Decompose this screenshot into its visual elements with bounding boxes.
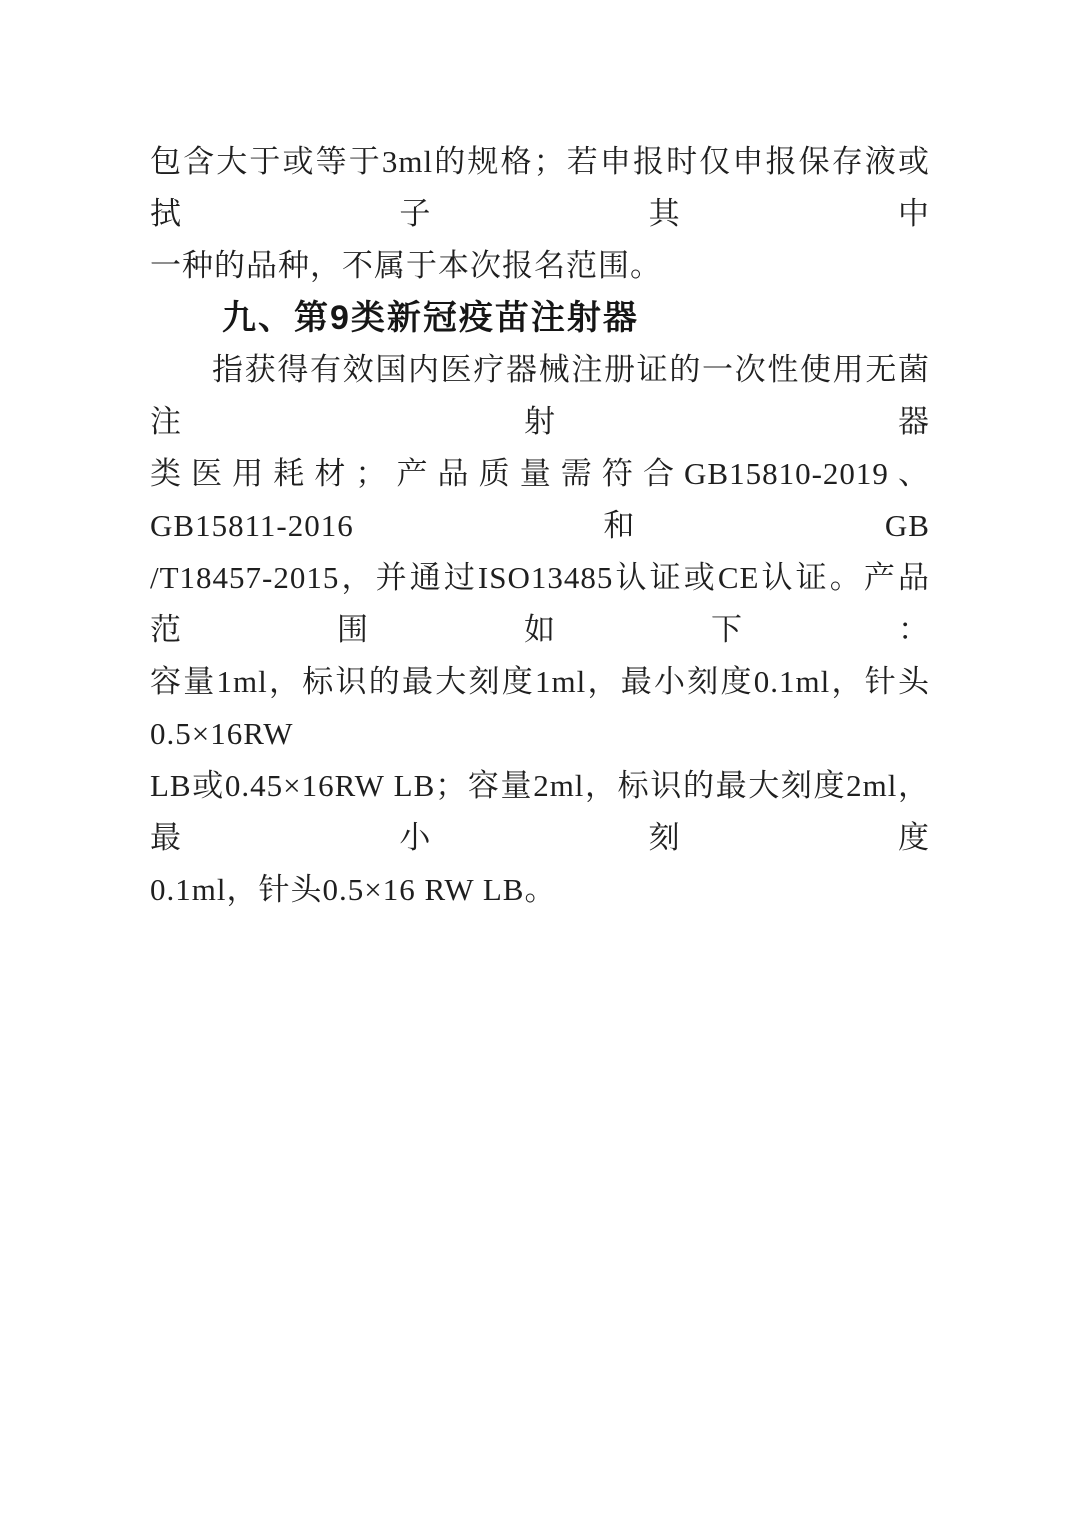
section-heading: 九、第9类新冠疫苗注射器 bbox=[150, 292, 930, 344]
paragraph-line: 0.1ml，针头0.5×16 RW LB。 bbox=[150, 864, 930, 916]
document-page: 包含大于或等于3ml的规格；若申报时仅申报保存液或拭子其中 一种的品种，不属于本… bbox=[0, 0, 1080, 1527]
paragraph-line: 容量1ml，标识的最大刻度1ml，最小刻度0.1ml，针头0.5×16RW bbox=[150, 656, 930, 760]
page-content: 包含大于或等于3ml的规格；若申报时仅申报保存液或拭子其中 一种的品种，不属于本… bbox=[150, 136, 930, 916]
paragraph-line: 类医用耗材；产品质量需符合GB15810-2019、GB15811-2016和G… bbox=[150, 448, 930, 552]
paragraph-line: LB或0.45×16RW LB；容量2ml，标识的最大刻度2ml，最小刻度 bbox=[150, 760, 930, 864]
paragraph-line: 指获得有效国内医疗器械注册证的一次性使用无菌注射器 bbox=[150, 344, 930, 448]
paragraph-line: 一种的品种，不属于本次报名范围。 bbox=[150, 240, 930, 292]
paragraph-line: /T18457-2015，并通过ISO13485认证或CE认证。产品范围如下： bbox=[150, 552, 930, 656]
paragraph-line: 包含大于或等于3ml的规格；若申报时仅申报保存液或拭子其中 bbox=[150, 136, 930, 240]
